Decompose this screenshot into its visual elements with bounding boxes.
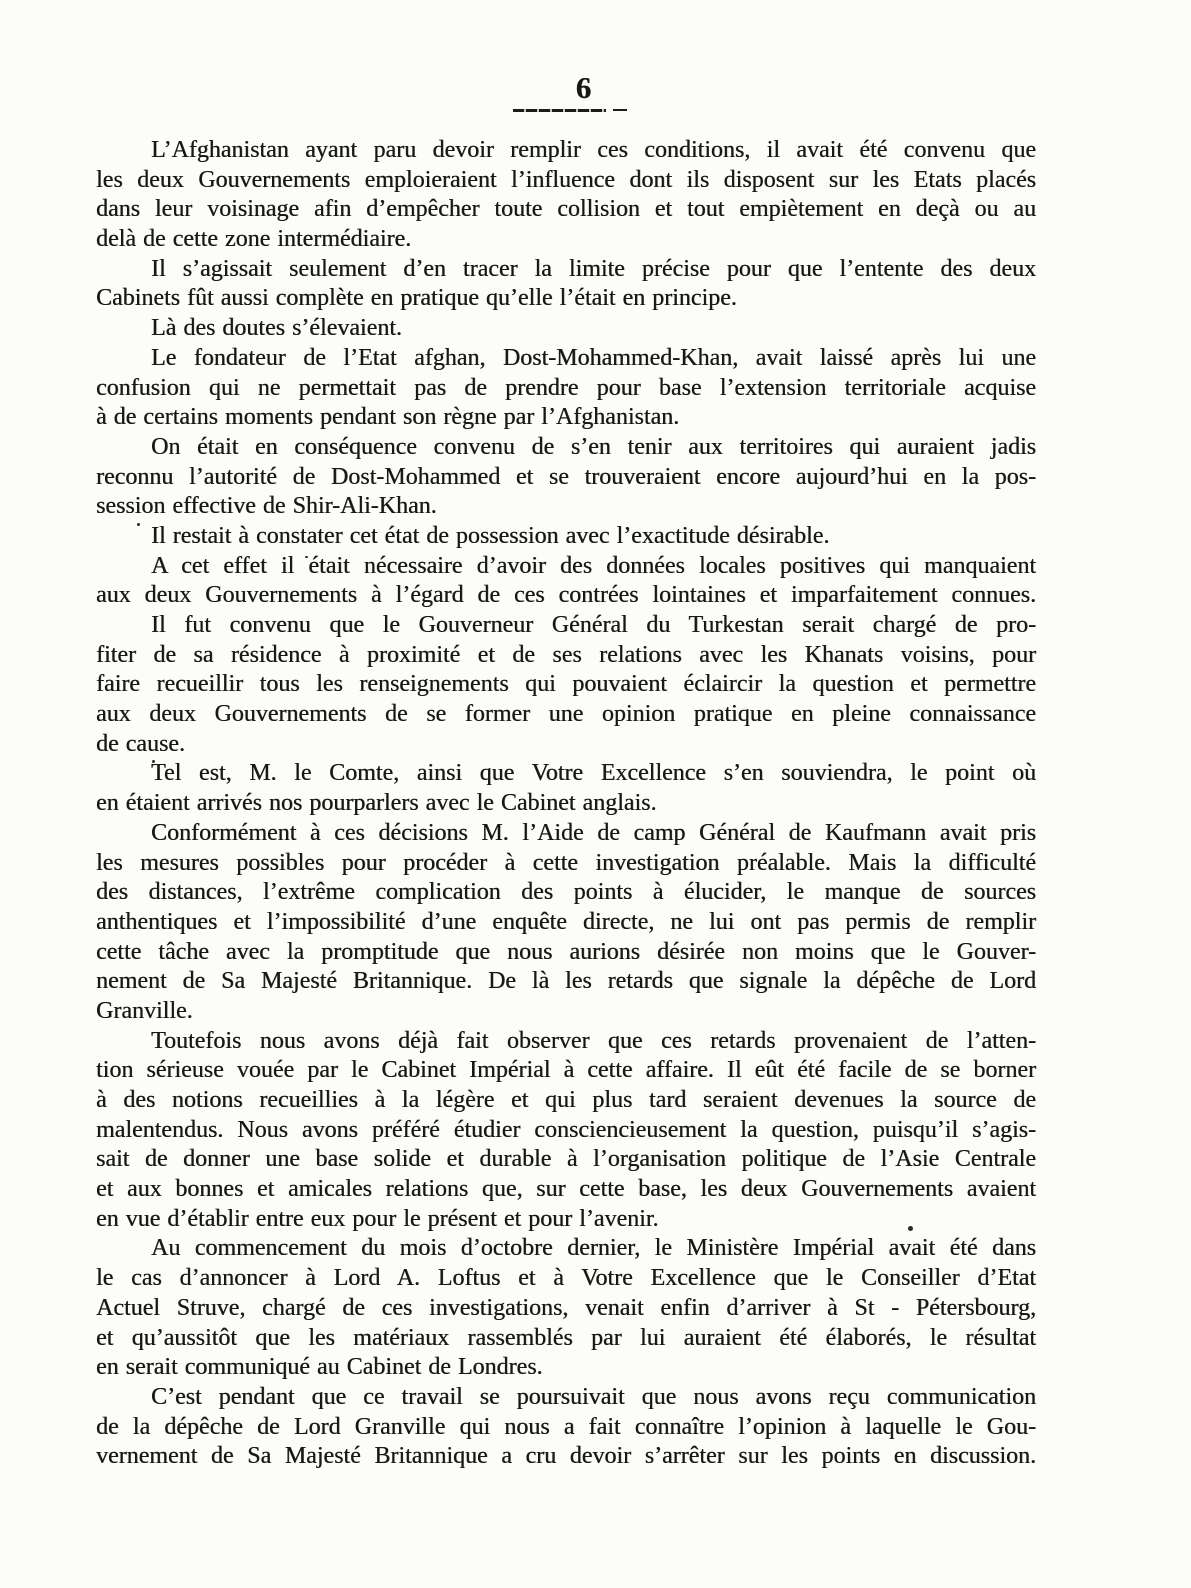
paragraph: A cet effet il était nécessaire d’avoir …	[96, 552, 1036, 611]
text-block: L’Afghanistan ayant paru devoir remplir …	[96, 136, 1036, 1472]
text-line: Toutefois nous avons déjà fait observer …	[96, 1027, 1036, 1057]
text-line: On était en conséquence convenu de s’en …	[96, 433, 1036, 463]
text-line: Conformément à ces décisions M. l’Aide d…	[96, 819, 1036, 849]
text-line: session effective de Shir-Ali-Khan.	[96, 492, 1036, 522]
paragraph: Toutefois nous avons déjà fait observer …	[96, 1027, 1036, 1235]
paragraph: Il restait à constater cet état de posse…	[96, 522, 1036, 552]
text-line: vernement de Sa Majesté Britannique a cr…	[96, 1442, 1036, 1472]
ink-speck	[152, 760, 155, 763]
text-line: malentendus. Nous avons préféré étudier …	[96, 1116, 1036, 1146]
text-line: aux deux Gouvernements à l’égard de ces …	[96, 581, 1036, 611]
text-line: et aux bonnes et amicales relations que,…	[96, 1175, 1036, 1205]
text-line: en serait communiqué au Cabinet de Londr…	[96, 1353, 1036, 1383]
text-line: Il restait à constater cet état de posse…	[96, 522, 1036, 552]
paragraph: Au commencement du mois d’octobre dernie…	[96, 1234, 1036, 1382]
text-line: C’est pendant que ce travail se poursuiv…	[96, 1383, 1036, 1413]
text-line: à de certains moments pendant son règne …	[96, 403, 1036, 433]
text-line: le cas d’annoncer à Lord A. Loftus et à …	[96, 1264, 1036, 1294]
paragraph: On était en conséquence convenu de s’en …	[96, 433, 1036, 522]
text-line: nement de Sa Majesté Britannique. De là …	[96, 967, 1036, 997]
text-line: Actuel Struve, chargé de ces investigati…	[96, 1294, 1036, 1324]
text-line: et qu’aussitôt que les matériaux rassemb…	[96, 1324, 1036, 1354]
text-line: Il s’agissait seulement d’en tracer la l…	[96, 255, 1036, 285]
text-line: tion sérieuse vouée par le Cabinet Impér…	[96, 1056, 1036, 1086]
text-line: reconnu l’autorité de Dost-Mohammed et s…	[96, 463, 1036, 493]
text-line: Cabinets fût aussi complète en pratique …	[96, 284, 1036, 314]
text-line: A cet effet il était nécessaire d’avoir …	[96, 552, 1036, 582]
text-line: fiter de sa résidence à proximité et de …	[96, 641, 1036, 671]
text-line: cette tâche avec la promptitude que nous…	[96, 938, 1036, 968]
text-line: delà de cette zone intermédiaire.	[96, 225, 1036, 255]
text-line: aux deux Gouvernements de se former une …	[96, 700, 1036, 730]
ink-speck	[305, 556, 308, 558]
page-number: 6	[0, 70, 1168, 106]
text-line: dans leur voisinage afin d’empêcher tout…	[96, 195, 1036, 225]
ink-speck	[137, 523, 140, 526]
text-line: Là des doutes s’élevaient.	[96, 314, 1036, 344]
paragraph: L’Afghanistan ayant paru devoir remplir …	[96, 136, 1036, 255]
text-line: confusion qui ne permettait pas de prend…	[96, 374, 1036, 404]
text-line: L’Afghanistan ayant paru devoir remplir …	[96, 136, 1036, 166]
paragraph: Il s’agissait seulement d’en tracer la l…	[96, 255, 1036, 314]
text-line: à des notions recueillies à la légère et…	[96, 1086, 1036, 1116]
text-line: des distances, l’extrême complication de…	[96, 878, 1036, 908]
text-line: Il fut convenu que le Gouverneur Général…	[96, 611, 1036, 641]
text-line: les mesures possibles pour procéder à ce…	[96, 849, 1036, 879]
text-line: de la dépêche de Lord Granville qui nous…	[96, 1413, 1036, 1443]
paragraph: Conformément à ces décisions M. l’Aide d…	[96, 819, 1036, 1027]
paragraph: Le fondateur de l’Etat afghan, Dost-Moha…	[96, 344, 1036, 433]
text-line: anthentiques et l’impossibilité d’une en…	[96, 908, 1036, 938]
text-line: en étaient arrivés nos pourparlers avec …	[96, 789, 1036, 819]
text-line: sait de donner une base solide et durabl…	[96, 1145, 1036, 1175]
ink-speck	[908, 1226, 913, 1231]
text-line: les deux Gouvernements emploieraient l’i…	[96, 166, 1036, 196]
text-line: Au commencement du mois d’octobre dernie…	[96, 1234, 1036, 1264]
paragraph: C’est pendant que ce travail se poursuiv…	[96, 1383, 1036, 1472]
paragraph: Là des doutes s’élevaient.	[96, 314, 1036, 344]
paragraph: Tel est, M. le Comte, ainsi que Votre Ex…	[96, 759, 1036, 818]
paragraph: Il fut convenu que le Gouverneur Général…	[96, 611, 1036, 759]
header-rule-dash	[613, 109, 627, 111]
text-line: faire recueillir tous les renseignements…	[96, 670, 1036, 700]
document-page: 6 L’Afghanistan ayant paru devoir rempli…	[0, 0, 1191, 1588]
text-line: de cause.	[96, 730, 1036, 760]
text-line: Le fondateur de l’Etat afghan, Dost-Moha…	[96, 344, 1036, 374]
header-rule	[513, 109, 606, 112]
text-line: Granville.	[96, 997, 1036, 1027]
text-line: en vue d’établir entre eux pour le prése…	[96, 1205, 1036, 1235]
text-line: Tel est, M. le Comte, ainsi que Votre Ex…	[96, 759, 1036, 789]
